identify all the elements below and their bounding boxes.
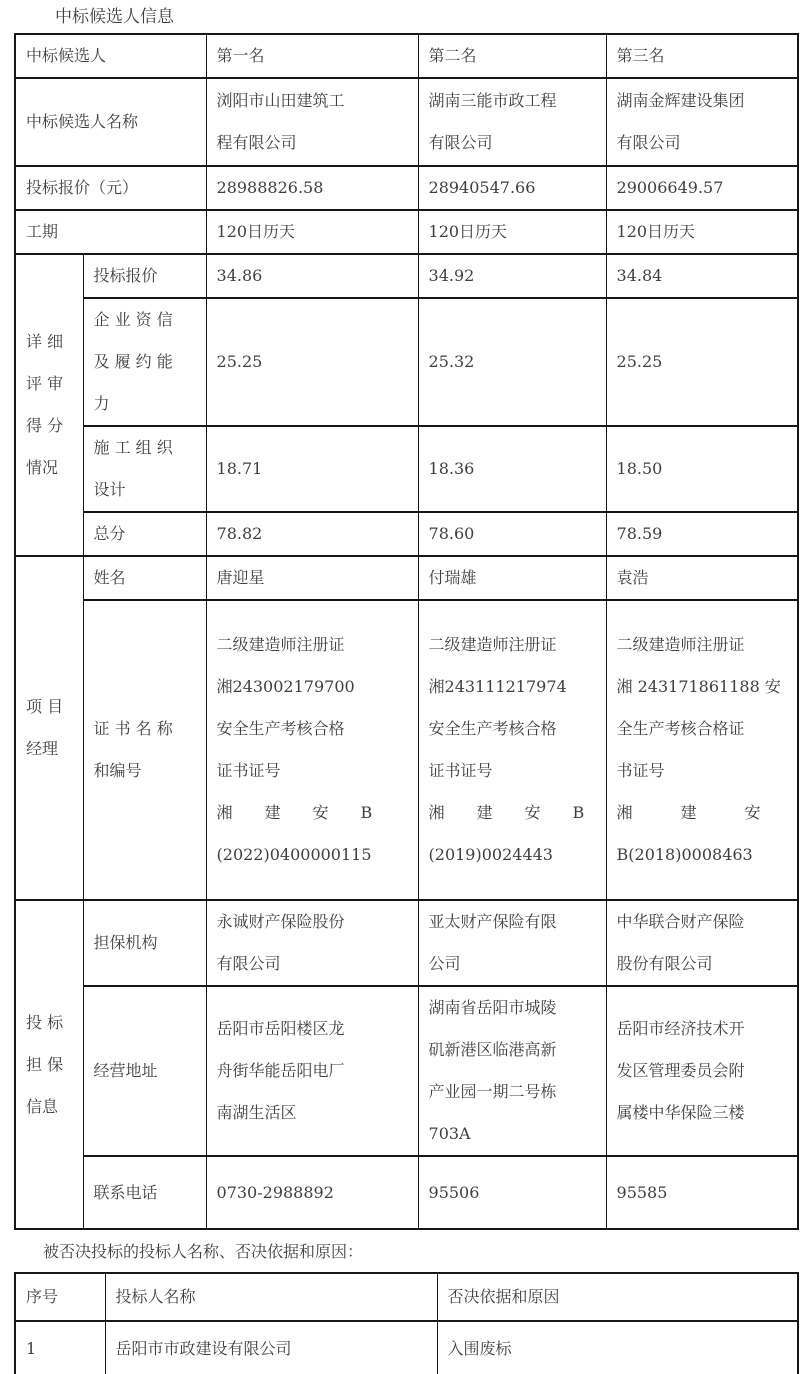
cell-price-label: 投标报价（元） (15, 166, 206, 210)
cell-manager-name-2: 付瑞雄 (418, 556, 606, 600)
cell-address-2: 湖南省岳阳市城陵 矶新港区临港高新 产业园一期二号栋 703A (418, 986, 606, 1156)
cell-t2-no-1: 1 (15, 1321, 105, 1374)
cell-duration-label: 工期 (15, 210, 206, 254)
cell-score-total-1: 78.82 (206, 512, 418, 556)
cell-manager-name-label: 姓名 (83, 556, 206, 600)
cell-cert-label: 证 书 名 称 和编号 (83, 600, 206, 900)
cell-price-1: 28988826.58 (206, 166, 418, 210)
cell-rank-3: 第三名 (606, 34, 798, 78)
cell-name-label: 中标候选人名称 (15, 78, 206, 166)
rejected-table: 序号 投标人名称 否决依据和原因 1 岳阳市市政建设有限公司 入围废标 (14, 1272, 799, 1374)
cell-guarantor-1: 永诚财产保险股份 有限公司 (206, 900, 418, 986)
table-row: 总分 78.82 78.60 78.59 (15, 512, 798, 556)
cell-cert-3: 二级建造师注册证 湘 243171861188 安 全生产考核合格证 书证号 湘… (606, 600, 798, 900)
cell-guarantee-section-label: 投 标 担 保 信息 (15, 900, 83, 1229)
cell-score-credit-label: 企 业 资 信 及 履 约 能 力 (83, 298, 206, 426)
cell-t2-reason-1: 入围废标 (437, 1321, 798, 1374)
cell-score-construction-2: 18.36 (418, 426, 606, 512)
table-row: 序号 投标人名称 否决依据和原因 (15, 1273, 798, 1321)
cell-name-1: 浏阳市山田建筑工 程有限公司 (206, 78, 418, 166)
doc-title: 中标候选人信息 (55, 8, 811, 27)
cell-score-credit-1: 25.25 (206, 298, 418, 426)
cell-duration-2: 120日历天 (418, 210, 606, 254)
table-row: 施 工 组 织 设计 18.71 18.36 18.50 (15, 426, 798, 512)
cell-t2-header-no: 序号 (15, 1273, 105, 1321)
candidates-table: 中标候选人 第一名 第二名 第三名 中标候选人名称 浏阳市山田建筑工 程有限公司… (14, 33, 799, 1230)
cell-price-2: 28940547.66 (418, 166, 606, 210)
cell-score-section-label: 详 细 评 审 得 分 情况 (15, 254, 83, 556)
cell-rank-2: 第二名 (418, 34, 606, 78)
cell-score-construction-1: 18.71 (206, 426, 418, 512)
cell-price-3: 29006649.57 (606, 166, 798, 210)
table-row: 工期 120日历天 120日历天 120日历天 (15, 210, 798, 254)
cell-guarantor-2: 亚太财产保险有限 公司 (418, 900, 606, 986)
table-row: 项 目 经理 姓名 唐迎星 付瑞雄 袁浩 (15, 556, 798, 600)
cell-address-1: 岳阳市岳阳楼区龙 舟街华能岳阳电厂 南湖生活区 (206, 986, 418, 1156)
cell-duration-3: 120日历天 (606, 210, 798, 254)
cell-name-2: 湖南三能市政工程 有限公司 (418, 78, 606, 166)
table-row: 投标报价（元） 28988826.58 28940547.66 29006649… (15, 166, 798, 210)
cell-score-bid-label: 投标报价 (83, 254, 206, 298)
cell-candidates-label: 中标候选人 (15, 34, 206, 78)
rejected-heading: 被否决投标的投标人名称、否决依据和原因： (43, 1242, 811, 1262)
cell-score-construction-3: 18.50 (606, 426, 798, 512)
table-row: 企 业 资 信 及 履 约 能 力 25.25 25.32 25.25 (15, 298, 798, 426)
cell-phone-3: 95585 (606, 1156, 798, 1229)
cell-guarantor-3: 中华联合财产保险 股份有限公司 (606, 900, 798, 986)
cell-score-total-3: 78.59 (606, 512, 798, 556)
table-row: 1 岳阳市市政建设有限公司 入围废标 (15, 1321, 798, 1374)
cell-name-3: 湖南金辉建设集团 有限公司 (606, 78, 798, 166)
cell-address-3: 岳阳市经济技术开 发区管理委员会附 属楼中华保险三楼 (606, 986, 798, 1156)
cell-score-bid-1: 34.86 (206, 254, 418, 298)
table-row: 联系电话 0730-2988892 95506 95585 (15, 1156, 798, 1229)
cell-manager-section-label: 项 目 经理 (15, 556, 83, 900)
cell-score-credit-3: 25.25 (606, 298, 798, 426)
cell-score-total-2: 78.60 (418, 512, 606, 556)
cell-manager-name-3: 袁浩 (606, 556, 798, 600)
cell-guarantor-label: 担保机构 (83, 900, 206, 986)
table-row: 中标候选人名称 浏阳市山田建筑工 程有限公司 湖南三能市政工程 有限公司 湖南金… (15, 78, 798, 166)
table-row: 投 标 担 保 信息 担保机构 永诚财产保险股份 有限公司 亚太财产保险有限 公… (15, 900, 798, 986)
table-row: 详 细 评 审 得 分 情况 投标报价 34.86 34.92 34.84 (15, 254, 798, 298)
cell-score-construction-label: 施 工 组 织 设计 (83, 426, 206, 512)
cell-t2-header-bidder: 投标人名称 (105, 1273, 437, 1321)
cell-duration-1: 120日历天 (206, 210, 418, 254)
cell-phone-2: 95506 (418, 1156, 606, 1229)
cell-cert-2: 二级建造师注册证 湘243111217974 安全生产考核合格 证书证号 湘 建… (418, 600, 606, 900)
cell-score-bid-2: 34.92 (418, 254, 606, 298)
cell-phone-label: 联系电话 (83, 1156, 206, 1229)
cell-score-credit-2: 25.32 (418, 298, 606, 426)
cell-score-bid-3: 34.84 (606, 254, 798, 298)
cell-address-label: 经营地址 (83, 986, 206, 1156)
table-row: 证 书 名 称 和编号 二级建造师注册证 湘243002179700 安全生产考… (15, 600, 798, 900)
cell-manager-name-1: 唐迎星 (206, 556, 418, 600)
table-row: 经营地址 岳阳市岳阳楼区龙 舟街华能岳阳电厂 南湖生活区 湖南省岳阳市城陵 矶新… (15, 986, 798, 1156)
cell-phone-1: 0730-2988892 (206, 1156, 418, 1229)
table-row: 中标候选人 第一名 第二名 第三名 (15, 34, 798, 78)
cell-t2-header-reason: 否决依据和原因 (437, 1273, 798, 1321)
document-page: 中标候选人信息 中标候选人 第一名 第二名 第三名 中标候选人名称 浏阳市山田建… (0, 8, 811, 1374)
cell-t2-bidder-1: 岳阳市市政建设有限公司 (105, 1321, 437, 1374)
cell-cert-1: 二级建造师注册证 湘243002179700 安全生产考核合格 证书证号 湘 建… (206, 600, 418, 900)
cell-rank-1: 第一名 (206, 34, 418, 78)
cell-score-total-label: 总分 (83, 512, 206, 556)
